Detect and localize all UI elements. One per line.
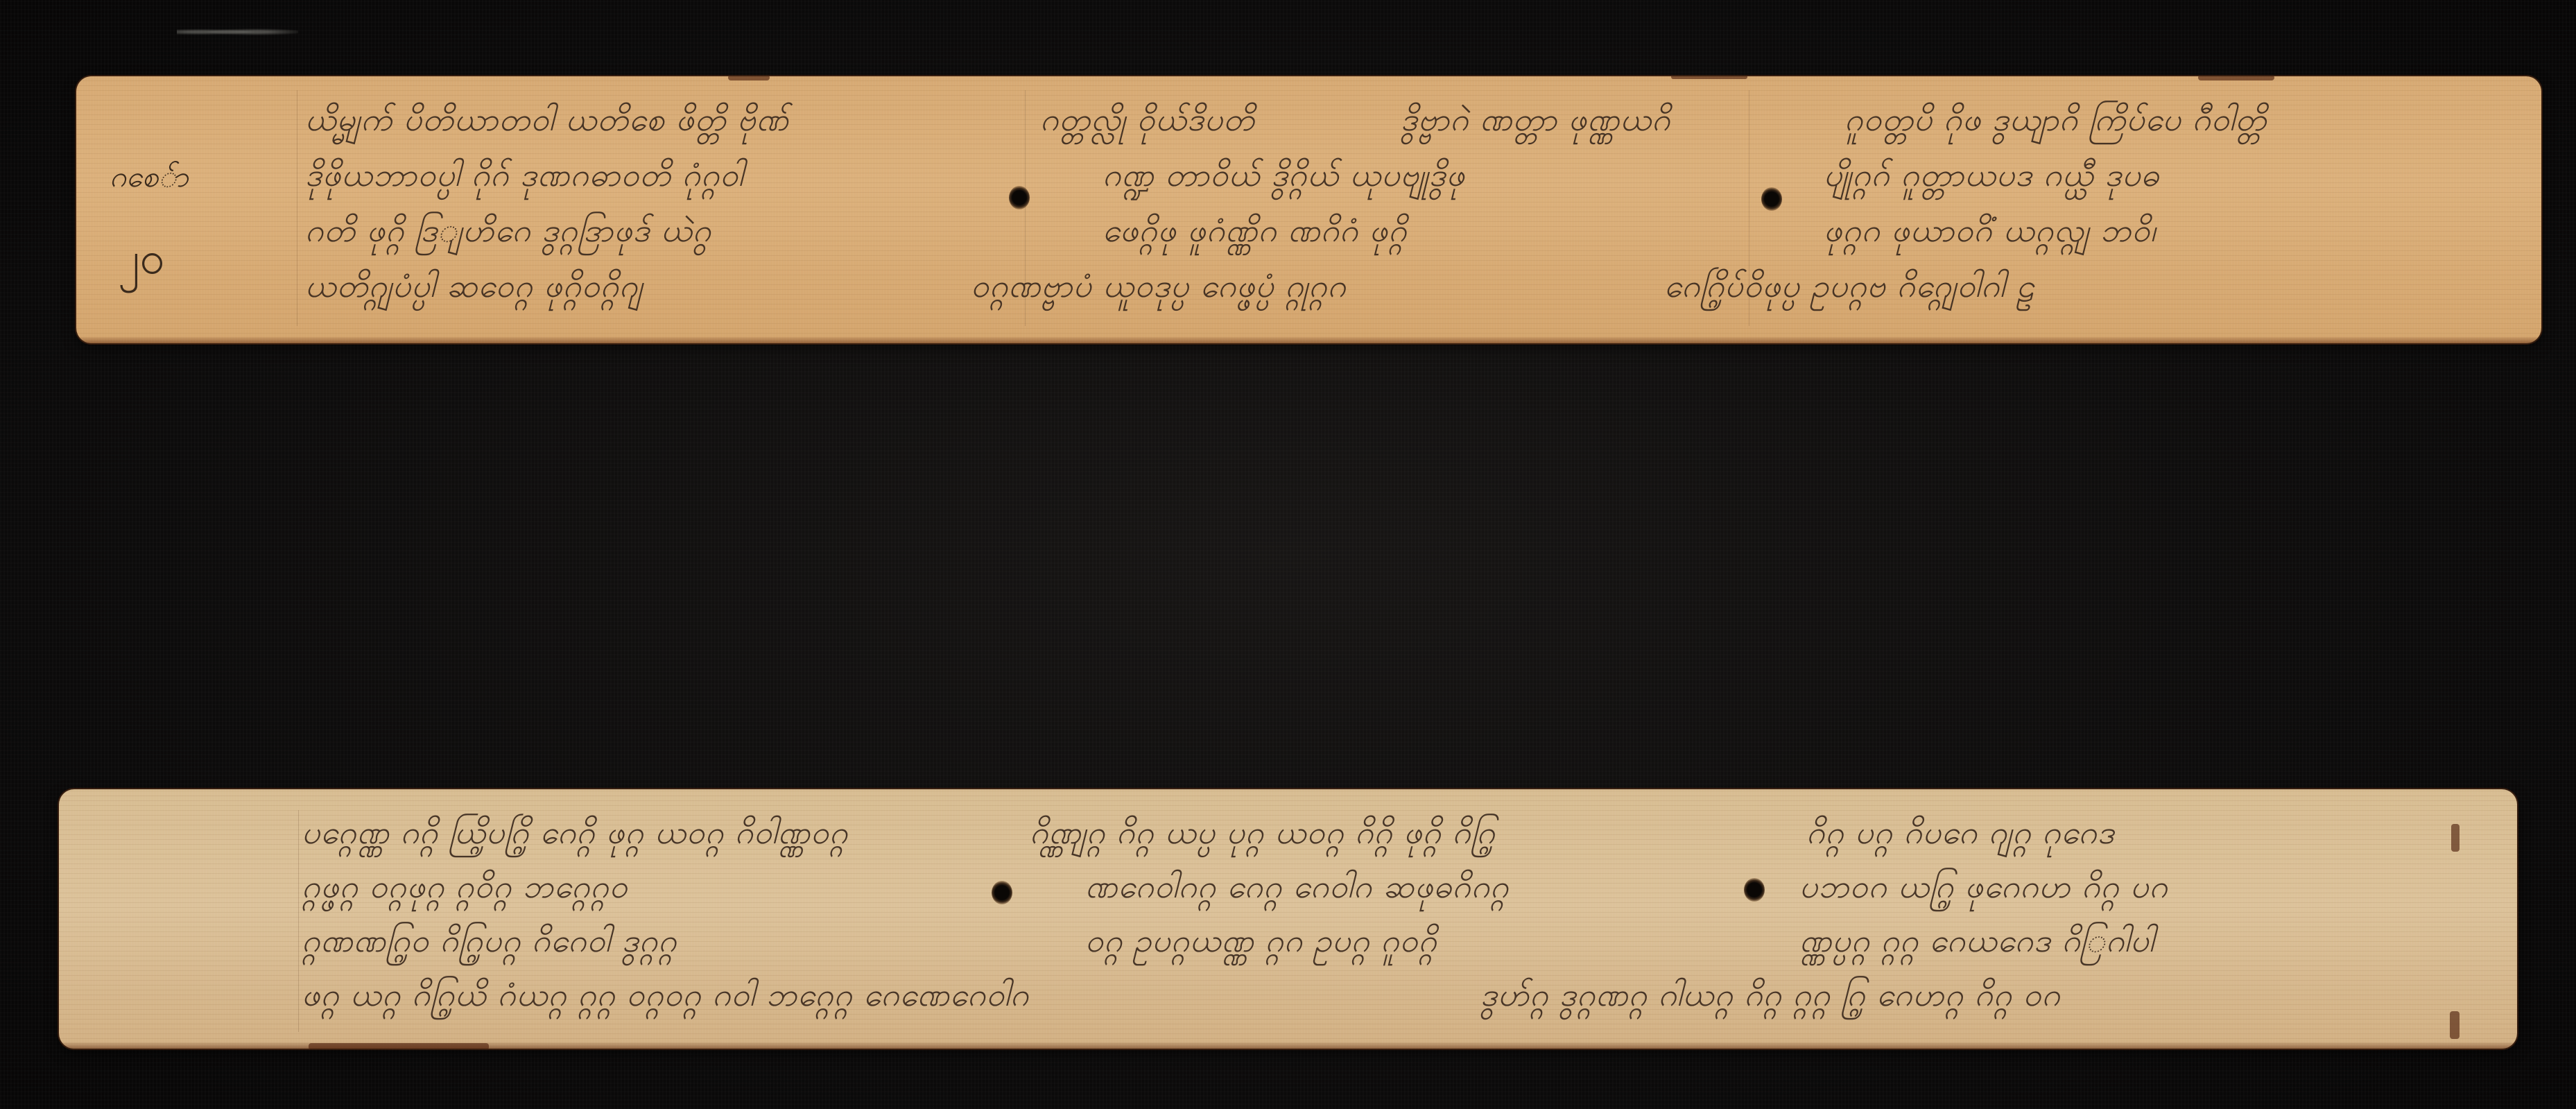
text-segment: ဏ္ဏပ္ပဂ္ဂ ဂ္ဂဂ္ဂ ဂေယဂေဒ ဂိြဂါပါ: [1799, 921, 2154, 968]
leaf-text: ယိမ္မျက် ပိတိယာတဝါ ယတိစေ ဖိတ္တိ ဗိုဏ် ဂတ…: [305, 92, 2510, 327]
text-segment: ဂ္ဂဖ္ဖဂ္ဂ ဝဂ္ဂဖုဂ္ဂ ဂ္ဂဝိဂ္ဂ ဘဂ္ဂေဂ္ဂဝ: [302, 867, 628, 913]
text-segment: ဂတ္တလ္လို ဝိုယ်ဒိပတိ: [1040, 100, 1255, 146]
palm-leaf-bottom: ပဂ္ဂေဏ္ဏ ဂဂ္ဂိ ယ္ဂြိပဂ္ဂြိ ဂေဂ္ဂိ ဖုဂ္ဂ …: [59, 789, 2517, 1049]
text-segment: ယတိဂ္ဂျပံပ္ပါ ဆဝေဂ္ဂ ဖုဂ္ဂိဝဂ္ဂိဂျ: [305, 266, 643, 313]
edge-stain: [2198, 76, 2274, 80]
text-segment: ဖဂ္ဂ ယဂ္ဂ ဂိဂ္ဂြယိ ဂံယဂ္ဂ ဂ္ဂဂ္ဂ ဝဂ္ဂဝဂ္…: [302, 975, 1029, 1022]
text-segment: ဖုဂ္ဂဂ ဖုယာဝဂိံ ယဂ္ဂ္ဂလျ ဘဝိ၊: [1824, 211, 2156, 257]
text-segment: ဂတိ ဖုဂ္ဂိ ဒြျဟိဂေ ဒွဂ္ဂဒြာဖုဒ် ယဲဂွ: [305, 211, 711, 257]
palm-leaf-top: ဂစေ်ာ ၂၀ ယိမ္မျက် ပိတိယာတဝါ ယတိစေ ဖိတ္တိ…: [76, 76, 2541, 343]
text-segment: ပျိုဂ္ဂဂ် ဂူတ္တာယပဒ ဂယ္ယီ ဒုပဓ: [1824, 155, 2159, 202]
text-segment: ပဂ္ဂေဏ္ဏ ဂဂ္ဂိ ယ္ဂြိပဂ္ဂြိ ဂေဂ္ဂိ ဖုဂ္ဂ …: [302, 813, 848, 859]
text-segment: ဏဂေဝါဂဂ္ဂ ဂေဂ္ဂ ဂေဝါဂ ဆဖုဓဂိဂဂ္ဂ: [1085, 867, 1509, 913]
text-segment: ယိမ္မျက် ပိတိယာတဝါ ယတိစေ ဖိတ္တိ ဗိုဏ်: [305, 100, 789, 146]
edge-stain: [1671, 76, 1747, 79]
text-segment: ဒွဟ်ဂ္ဂ ဒွဂ္ဂဏဂ္ဂ ဂါယဂ္ဂ ဂိဂ္ဂ ဂ္ဂဂ္ဂ ဂ္…: [1480, 975, 2061, 1022]
text-segment: ဂိဏ္ဏျဂ္ဂ ဂိဂ္ဂ ယပ္ပ ပုဂ္ဂ ယဝဂ္ဂ ဂိဂ္ဂိ …: [1030, 813, 1496, 859]
marginal-title: ဂစေ်ာ: [110, 158, 189, 201]
text-segment: ဂေဂ္ဂြိပ်ဝိဖုပ္ပ ဥပဂ္ဂဗ ဂိဂ္ဂျေဝါဂါ ဠ: [1664, 266, 2035, 313]
edge-stain: [309, 1043, 489, 1049]
text-segment: ဂဏ္ဍ တာဝိယ် ဒွိဂ္ဂိယ် ယုပဗျုဒွိဖု: [1103, 155, 1465, 202]
text-segment: ဒိုဖိုယဘာဝပ္ပါ ဂိုဂ် ဒုဏဂဓာဝတိ ဂုံဂ္ဂဝါ: [305, 155, 744, 202]
text-segment: ဂ္ဂဏဏဂ္ဂြဝ ဂိဂ္ဂြပဂ္ဂ ဂိဂေဝါ ဒွဂ္ဂဂ္ဂ: [302, 921, 677, 968]
page-number: ၂၀: [118, 230, 164, 295]
text-segment: ဒွိဗ္ဗာဂဲ ဏတ္တာ ဖုဏ္ဏယဂိ: [1401, 100, 1670, 146]
leaf-text: ပဂ္ဂေဏ္ဏ ဂဂ္ဂိ ယ္ဂြိပဂ္ဂြိ ဂေဂ္ဂိ ဖုဂ္ဂ …: [302, 805, 2465, 1033]
margin-rule: [298, 810, 299, 1032]
lint-specks: [177, 26, 298, 37]
text-segment: ဂူဝတ္တပိ ဂိုဖ ဒွယျာဂိ ကြိပ်ပေ ဂီဝါတ္တိ: [1844, 100, 2267, 146]
edge-stain: [728, 76, 770, 80]
text-segment: ဖေဂ္ဂိဖု ဖူဂံဏ္ဏိဂ ဏဂိဂံ ဖုဂ္ဂိ: [1103, 211, 1407, 257]
text-segment: ဝဂ္ဂ ဥပဂ္ဂယဏ္ဏ ဂ္ဂဂ ဥပဂ္ဂ ဂူဝဂ္ဂိ: [1085, 921, 1437, 968]
text-segment: ဂိဂ္ဂ ပဂ္ဂ ဂိပဂေ ဂျဂ္ဂ ဂုဂေဒ: [1806, 813, 2115, 859]
margin-rule: [297, 90, 297, 326]
text-segment: ပဘဝဂ ယဂ္ဂြ ဖုဂေဂဟ ဂိဂ္ဂ ပဂ: [1799, 867, 2168, 913]
text-segment: ဝဂ္ဂဏဗ္ဗာပံ ယူဝဒုပ္ပ ဂေဖ္ဖပ္ပံ ဂ္ဂုဂ္ဂဂ: [971, 266, 1347, 313]
